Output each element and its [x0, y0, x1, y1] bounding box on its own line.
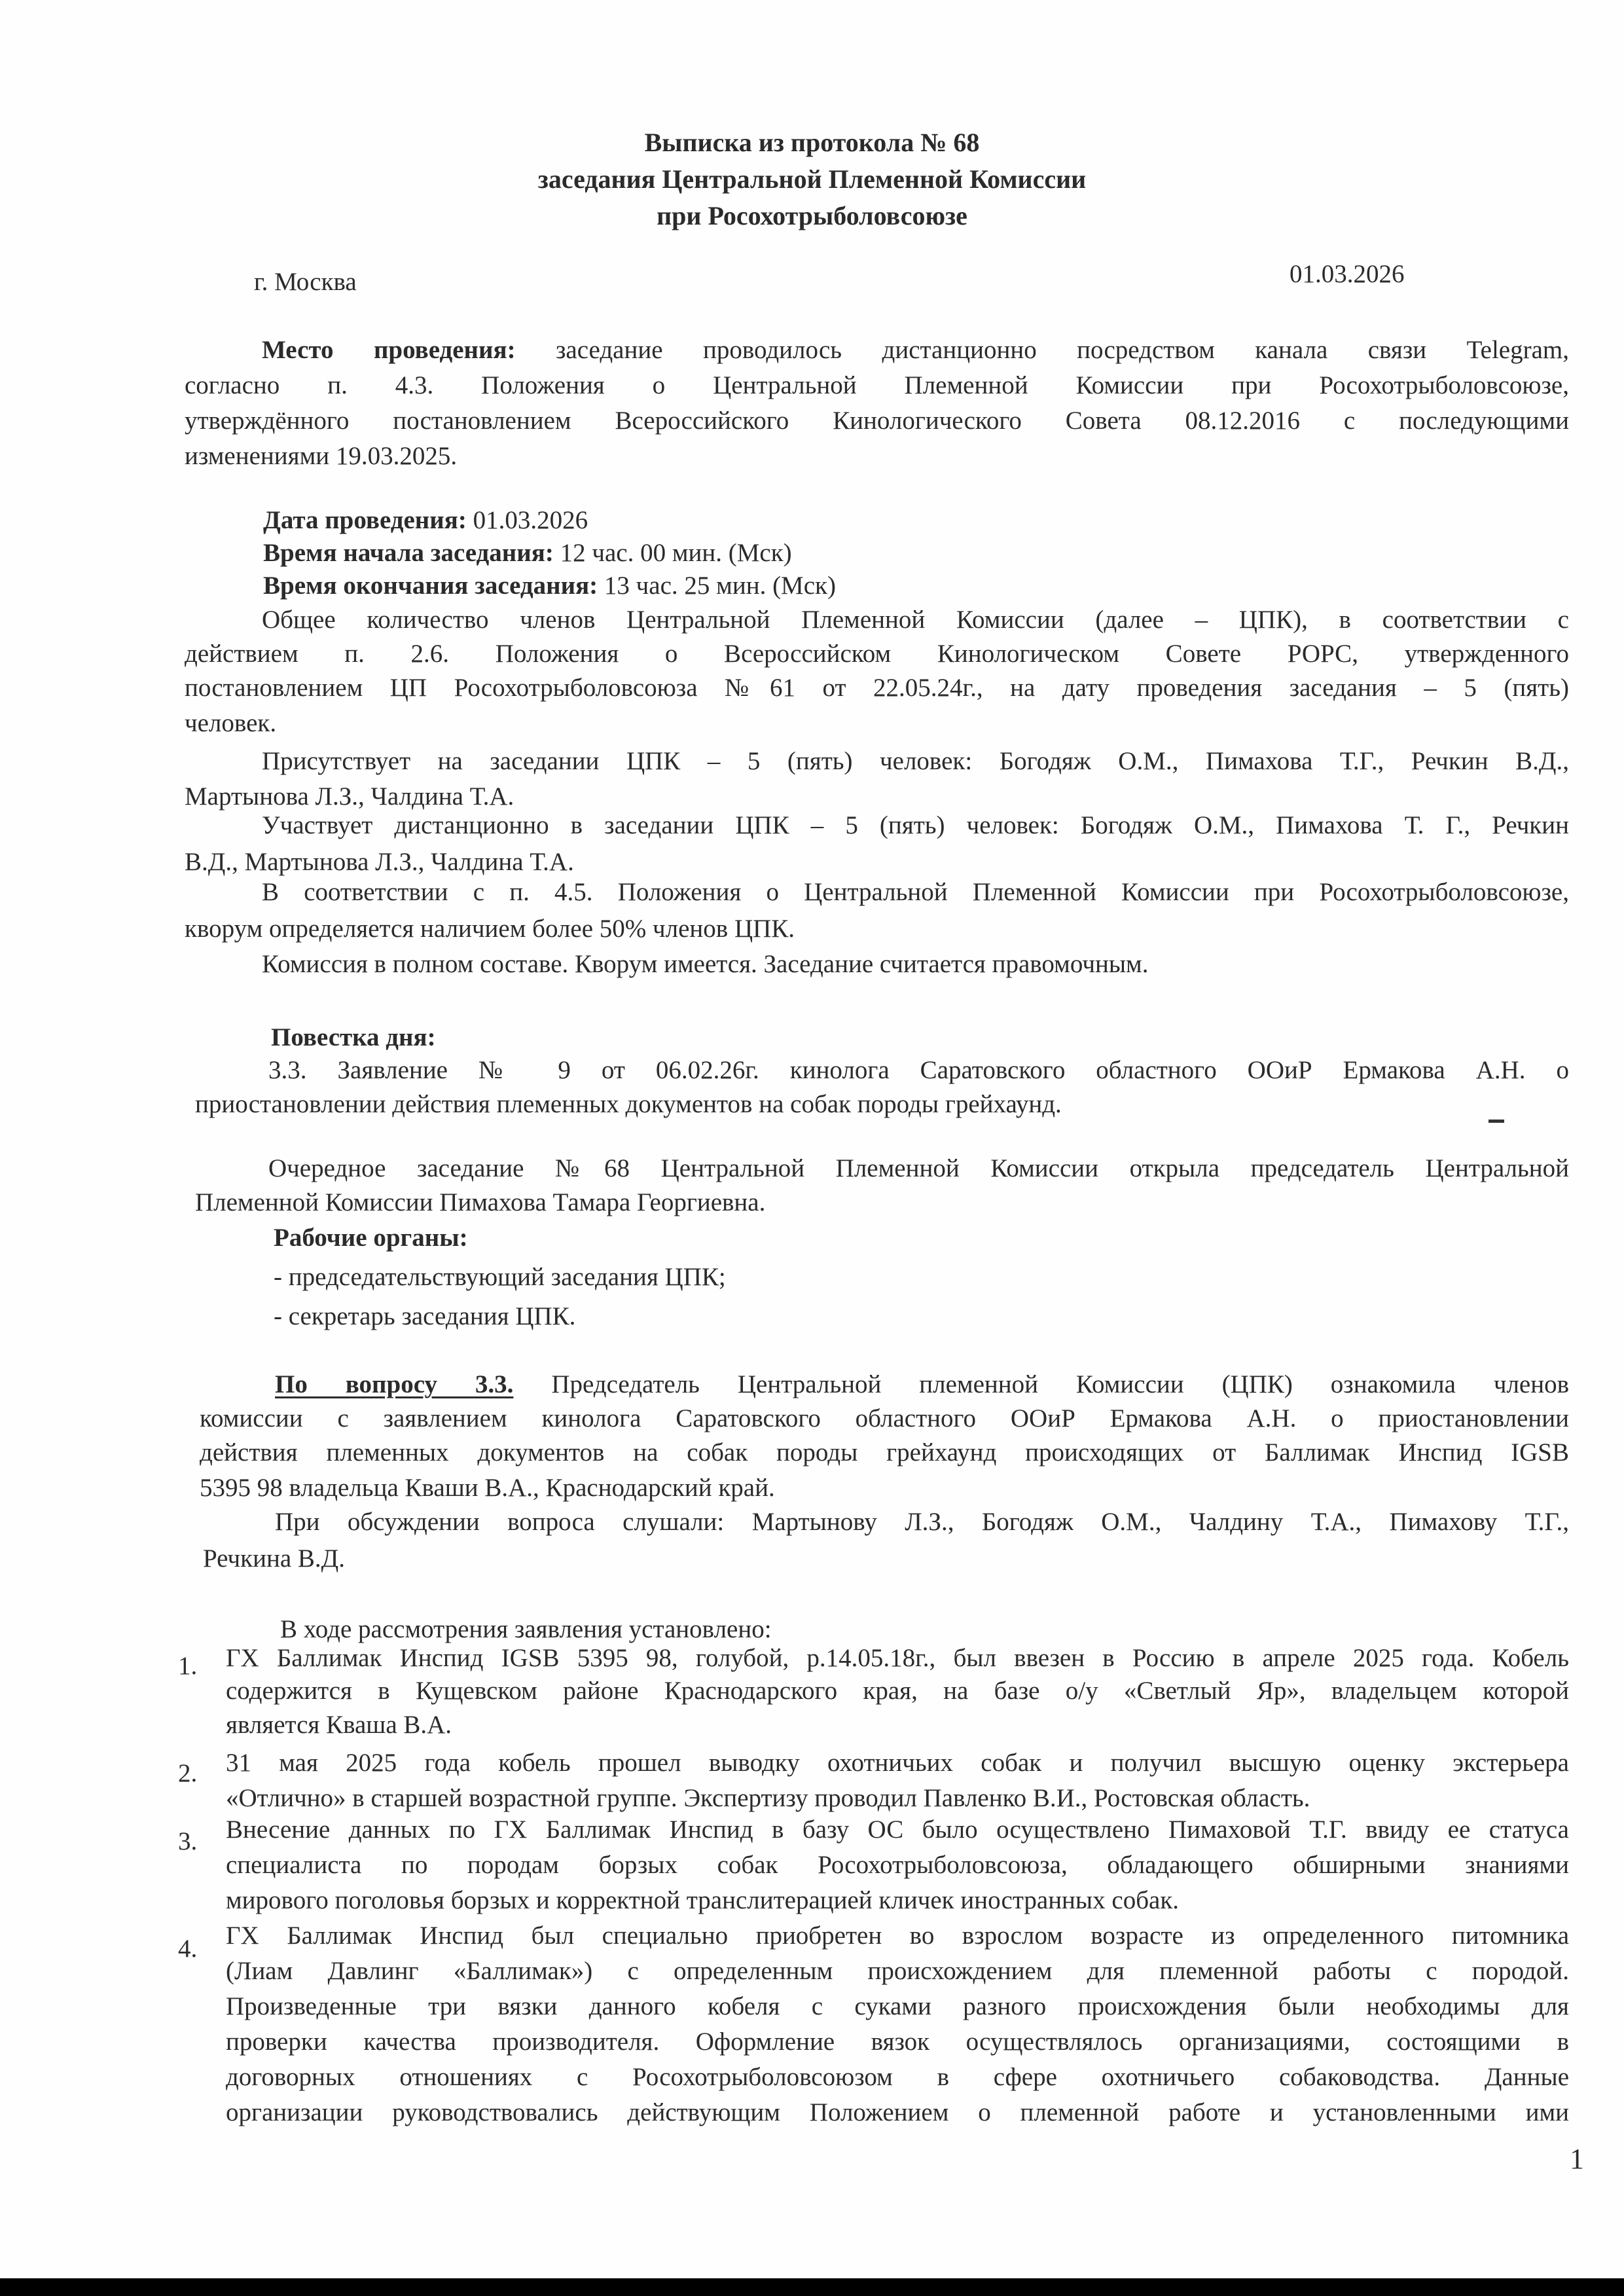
venue-line: согласно п. 4.3. Положения о Центральной… — [185, 371, 1569, 401]
document-title: Выписка из протокола № 68 заседания Цент… — [0, 124, 1624, 234]
members-line: человек. — [185, 708, 1569, 738]
venue-label: Место проведения: — [262, 336, 516, 364]
meeting-end-time: Время окончания заседания: 13 час. 25 ми… — [263, 571, 836, 600]
title-line: Выписка из протокола № 68 — [0, 124, 1624, 161]
question-line: действия племенных документов на собак п… — [200, 1438, 1569, 1468]
question-line: комиссии с заявлением кинолога Саратовск… — [200, 1404, 1569, 1434]
agenda-line: 3.3. Заявление № 9 от 06.02.26г. кинолог… — [268, 1055, 1569, 1085]
title-line: при Росохотрыболовсоюзе — [0, 198, 1624, 234]
remote-line: Участвует дистанционно в заседании ЦПК –… — [262, 811, 1569, 841]
page-number: 1 — [1570, 2142, 1584, 2176]
agenda-line: приостановлении действия племенных докум… — [195, 1089, 1579, 1120]
document-page: Выписка из протокола № 68 заседания Цент… — [0, 0, 1624, 2278]
scan-border — [0, 2278, 1624, 2296]
question-line: 5395 98 владельца Кваши В.А., Краснодарс… — [200, 1473, 1584, 1503]
members-line: постановлением ЦП Росохотрыболовсоюза №6… — [185, 673, 1569, 703]
opening-line: Племенной Комиссии Пимахова Тамара Георг… — [195, 1188, 1579, 1218]
question-line: По вопросу 3.3. Председатель Центральной… — [275, 1370, 1569, 1400]
heard-line: Речкина В.Д. — [203, 1544, 1587, 1574]
findings-intro: В ходе рассмотрения заявления установлен… — [280, 1614, 772, 1644]
remote-line: В.Д., Мартынова Л.З., Чалдина Т.А. — [185, 847, 1569, 877]
title-line: заседания Центральной Племенной Комиссии — [0, 161, 1624, 198]
present-line: Присутствует на заседании ЦПК – 5 (пять)… — [262, 746, 1569, 776]
agenda-label: Повестка дня: — [271, 1023, 436, 1052]
venue-line: утверждённого постановлением Всероссийск… — [185, 406, 1569, 436]
venue-line: изменениями 19.03.2025. — [185, 441, 1569, 471]
quorum-rule-line: кворум определяется наличием более 50% ч… — [185, 914, 1569, 944]
present-line: Мартынова Л.З., Чалдина Т.А. — [185, 782, 1569, 812]
scan-mark — [1489, 1120, 1504, 1123]
bodies-item: - председательствующий заседания ЦПК; — [274, 1262, 726, 1292]
heard-line: При обсуждении вопроса слушали: Мартынов… — [275, 1507, 1569, 1537]
members-line: действием п. 2.6. Положения о Всероссийс… — [185, 639, 1569, 669]
question-label: По вопросу 3.3. — [275, 1370, 513, 1398]
quorum-status: Комиссия в полном составе. Кворум имеетс… — [262, 949, 1569, 979]
opening-line: Очередное заседание №68 Центральной Плем… — [268, 1154, 1569, 1184]
members-line: Общее количество членов Центральной Плем… — [262, 605, 1569, 635]
bodies-label: Рабочие органы: — [274, 1223, 468, 1252]
city: г. Москва — [254, 267, 357, 297]
quorum-rule-line: В соответствии с п. 4.5. Положения о Цен… — [262, 877, 1569, 907]
venue-line: Место проведения: заседание проводилось … — [262, 335, 1569, 365]
document-date: 01.03.2026 — [1290, 259, 1405, 289]
meeting-date: Дата проведения: 01.03.2026 — [263, 505, 588, 535]
bodies-item: - секретарь заседания ЦПК. — [274, 1302, 575, 1331]
meeting-start-time: Время начала заседания: 12 час. 00 мин. … — [263, 538, 792, 568]
